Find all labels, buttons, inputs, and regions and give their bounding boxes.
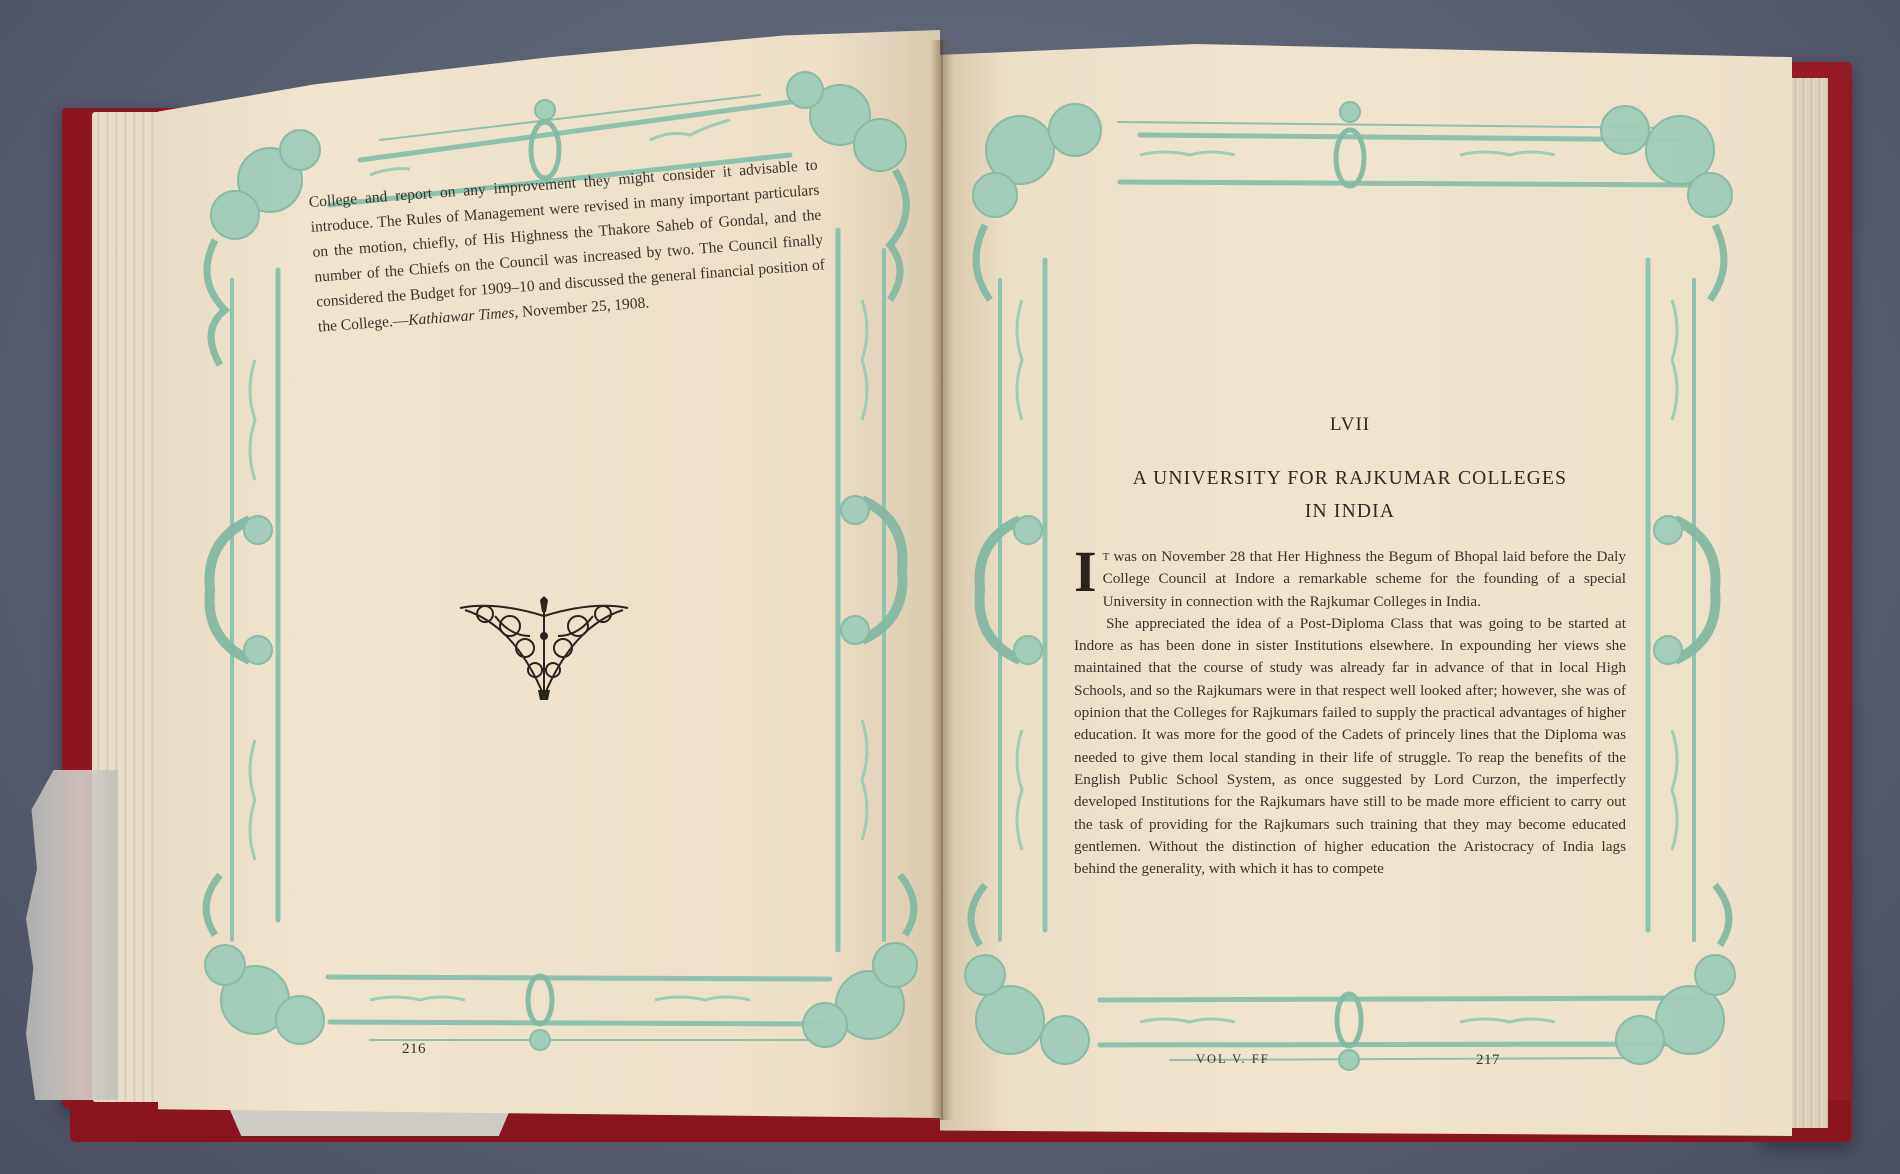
page-number-right: 217 xyxy=(1476,1052,1500,1069)
drop-cap: I xyxy=(1074,550,1097,594)
chapter-number: LVII xyxy=(1050,414,1650,436)
paragraph-1: ITwas on November 28 that Her Highness t… xyxy=(1074,546,1626,613)
chapter-title-line-2: IN INDIA xyxy=(1080,495,1620,528)
filigree-tailpiece-icon xyxy=(455,596,633,702)
page-number-left: 216 xyxy=(402,1041,426,1058)
chapter-title: A UNIVERSITY FOR RAJKUMAR COLLEGES IN IN… xyxy=(1080,462,1620,528)
paragraph-2: She appreciated the idea of a Post-Diplo… xyxy=(1074,613,1626,881)
right-page-body-text: ITwas on November 28 that Her Highness t… xyxy=(1074,546,1626,880)
chapter-title-line-1: A UNIVERSITY FOR RAJKUMAR COLLEGES xyxy=(1080,462,1620,495)
drop-cap-rest: T xyxy=(1103,551,1110,563)
source-publication: Kathiawar Times, xyxy=(408,304,519,329)
signature-mark: VOL V. FF xyxy=(1196,1052,1270,1067)
paragraph-1-text: was on November 28 that Her Highness the… xyxy=(1103,548,1626,610)
